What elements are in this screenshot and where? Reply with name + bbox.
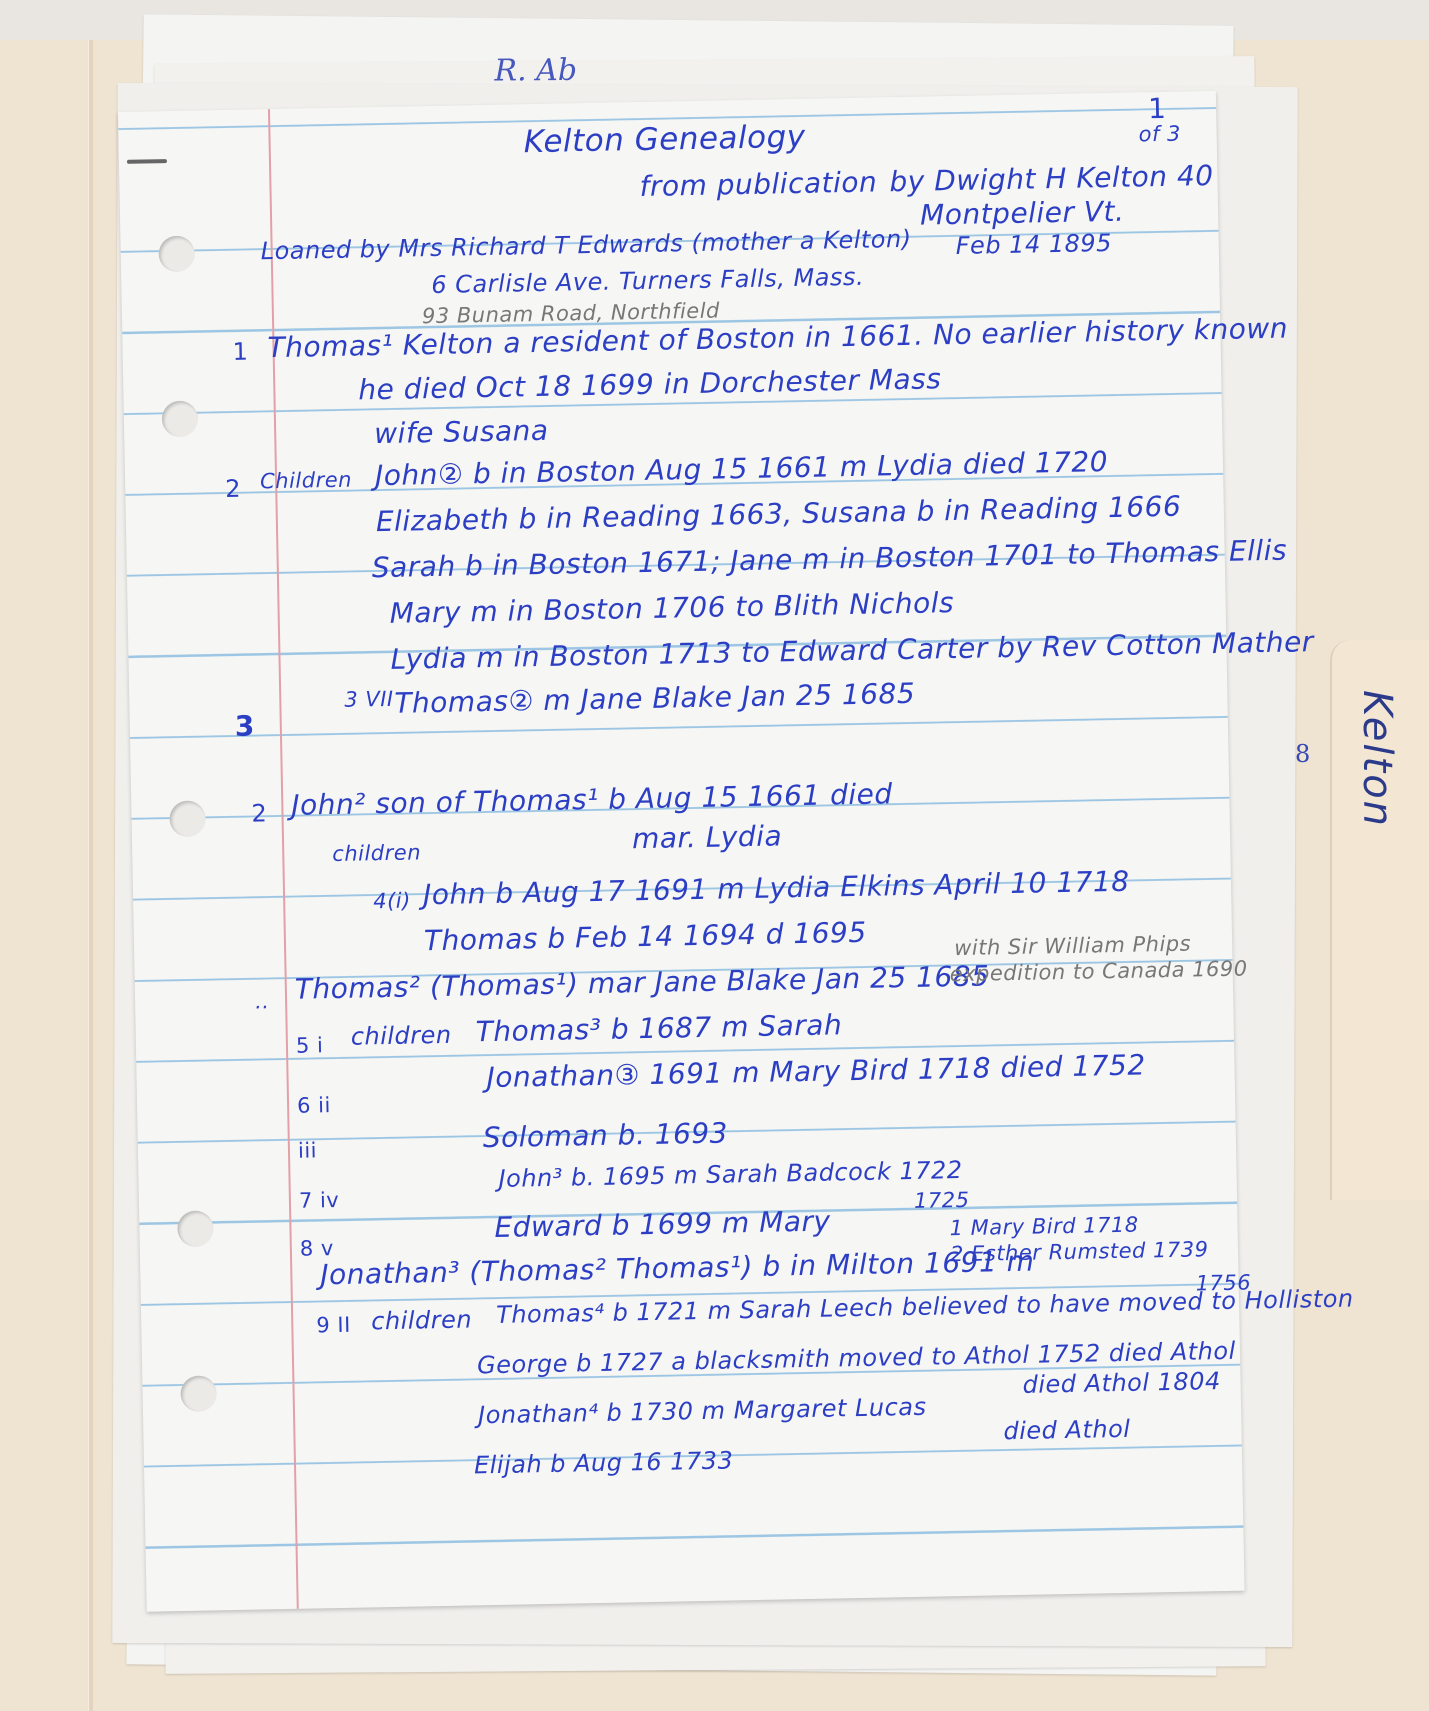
punch-hole [180, 1375, 217, 1412]
entry-line: Thomas² (Thomas¹) mar Jane Blake Jan 25 … [295, 959, 990, 1005]
entry-line: Mary m in Boston 1706 to Blith Nichols [389, 586, 954, 630]
entry-line: Soloman b. 1693 [482, 1116, 728, 1154]
author-date: Feb 14 1895 [955, 229, 1112, 260]
entry-line: Thomas³ b 1687 m Sarah [475, 1008, 842, 1048]
punch-hole [169, 800, 206, 837]
page-of: of 3 [1138, 122, 1181, 147]
folder-crease [88, 40, 93, 1711]
address-line: 6 Carlisle Ave. Turners Falls, Mass. [431, 263, 864, 299]
entry-line: Jonathan③ 1691 m Mary Bird 1718 died 175… [486, 1048, 1146, 1094]
notebook-page: Kelton Genealogy 1 of 3 from publication… [118, 91, 1245, 1612]
jonathan-wife-1: 1 Mary Bird 1718 [949, 1213, 1139, 1241]
entry-number: iii [298, 1138, 317, 1162]
author-line: by Dwight H Kelton 40 [889, 159, 1214, 198]
entry-number: 3 [234, 709, 255, 742]
entry-line: Edward b 1699 m Mary [494, 1205, 831, 1244]
edward-marriage-year: 1725 [914, 1188, 970, 1213]
entry-line: John b Aug 17 1691 m Lydia Elkins April … [423, 865, 1130, 912]
entry-line: Elizabeth b in Reading 1663, Susana b in… [376, 490, 1182, 538]
entry-line: Sarah b in Boston 1671; Jane m in Boston… [371, 534, 1287, 585]
entry-number: 2 [225, 475, 241, 503]
entry-label: children [332, 840, 421, 866]
entry-line: mar. Lydia [632, 819, 783, 855]
jonathan4-death: died Athol 1804 [1022, 1367, 1221, 1399]
entry-number: 2 [251, 799, 267, 827]
entry-label: 3 VII [344, 687, 394, 712]
entry-label: Children [260, 468, 352, 494]
entry-line: Lydia m in Boston 1713 to Edward Carter … [390, 625, 1314, 676]
punch-hole [162, 401, 199, 438]
elijah-death: died Athol [1003, 1415, 1130, 1445]
entry-label: children [371, 1305, 472, 1335]
entry-line: Jonathan³ (Thomas² Thomas¹) b in Milton … [320, 1245, 1035, 1292]
jonathan-wife-2: 2 Esther Rumsted 1739 [950, 1237, 1209, 1266]
source-line: from publication [639, 165, 877, 203]
author-place: Montpelier Vt. [920, 195, 1125, 232]
entry-line: Thomas b Feb 14 1694 d 1695 [424, 916, 867, 957]
holliston-year: 1756 [1195, 1270, 1251, 1295]
entry-label: 4(i) [373, 889, 411, 914]
loaned-by: Loaned by Mrs Richard T Edwards (mother … [260, 225, 911, 265]
page-number: 1 [1148, 92, 1167, 125]
entry-line: Elijah b Aug 16 1733 [474, 1446, 734, 1479]
entry-line: Thomas② m Jane Blake Jan 25 1685 [394, 677, 915, 720]
staple [127, 159, 167, 164]
entry-line: wife Susana [374, 414, 549, 450]
back-sheet-fragment: 8 [1295, 740, 1310, 768]
entry-number: 9 II [316, 1313, 351, 1338]
punch-hole [177, 1210, 214, 1247]
punch-hole [158, 236, 195, 273]
entry-line: John³ b. 1695 m Sarah Badcock 1722 [498, 1156, 963, 1193]
pencil-note: with Sir William Phips [954, 932, 1191, 961]
entry-line: Jonathan⁴ b 1730 m Margaret Lucas [478, 1393, 927, 1430]
entry-number: 8 v [300, 1236, 334, 1261]
entry-line: Thomas¹ Kelton a resident of Boston in 1… [267, 312, 1288, 365]
back-sheet-scribble: R. Ab [494, 53, 577, 89]
entry-label: children [351, 1021, 452, 1051]
page-title: Kelton Genealogy [523, 119, 806, 160]
entry-number: .. [255, 989, 270, 1013]
entry-number: 6 ii [297, 1093, 331, 1118]
folder-tab-label: Kelton [1354, 690, 1400, 828]
entry-number: 7 iv [299, 1188, 340, 1213]
entry-number: 1 [232, 338, 248, 366]
entry-line: he died Oct 18 1699 in Dorchester Mass [358, 362, 942, 406]
entry-line: John² son of Thomas¹ b Aug 15 1661 died [291, 777, 893, 822]
entry-line: John② b in Boston Aug 15 1661 m Lydia di… [375, 445, 1109, 492]
pencil-note: expedition to Canada 1690 [949, 956, 1247, 986]
entry-number: 5 i [296, 1033, 324, 1058]
